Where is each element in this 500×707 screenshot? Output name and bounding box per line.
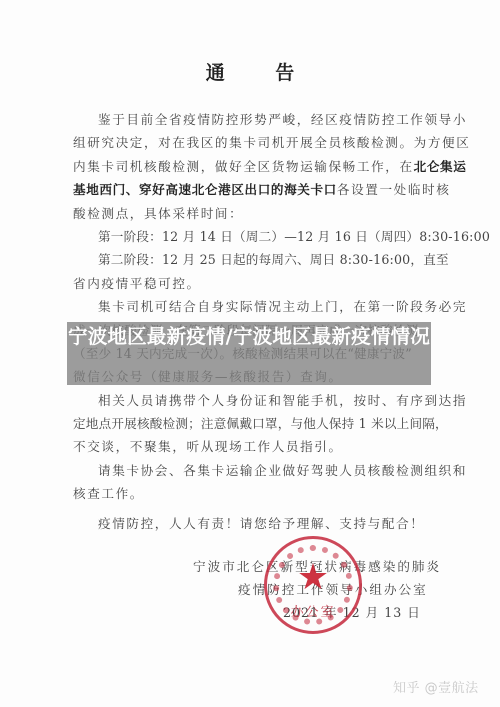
paragraph-line: 省内疫情平稳可控。: [73, 272, 429, 295]
paragraph-line: 基地西门、穿好高速北仑港区出口的海关卡口各设置一处临时核: [73, 178, 429, 201]
paragraph-line: 组研究决定，对在我区的集卡司机开展全员核酸检测。为方便区: [73, 131, 429, 154]
paragraph-line: 相关人员请携带个人身份证和智能手机，按时、有序到达指: [73, 389, 429, 412]
paragraph-line: 酸检测点，具体采样时间：: [73, 202, 429, 225]
paragraph-line: 鉴于目前全省疫情防控形势严峻，经区疫情防控工作领导小: [73, 108, 429, 131]
paragraph-line: 核查工作。: [73, 482, 429, 505]
bold-location-text: 北仑集运: [414, 159, 467, 174]
document-title: 通 告: [0, 58, 500, 85]
seal-text: 办公室: [267, 601, 359, 620]
watermark-text: 知乎 @壹航法: [393, 677, 479, 696]
closing-line: 疫情防控，人人有责！请您给予理解、支持与配合！: [73, 512, 429, 535]
paragraph-text: 各设置一处临时核: [337, 182, 451, 197]
official-seal: ★ 办公室: [264, 536, 362, 634]
paragraph-line: 集卡司机可结合自身实际情况主动上门，在第一阶段务必完: [73, 295, 429, 318]
paragraph-text: 内集卡司机核酸检测，做好全区货物运输保畅工作，在: [73, 159, 414, 174]
bold-location-text: 基地西门、穿好高速北仑港区出口的海关卡口: [73, 182, 337, 197]
paragraph-line: 定地点开展核酸检测；注意佩戴口罩，与他人保持 1 米以上间隔，: [73, 412, 429, 435]
star-icon: ★: [267, 557, 359, 598]
headline-overlay-banner: 宁波地区最新疫情/宁波地区最新疫情情况: [67, 322, 431, 385]
paragraph-line: 内集卡司机核酸检测，做好全区货物运输保畅工作，在北仑集运: [73, 155, 429, 178]
phase-two-schedule: 第二阶段：12 月 25 日起的每周六、周日 8:30-16:00，直至: [73, 248, 429, 271]
paragraph-line: 不交谈，不聚集，听从现场工作人员指引。: [73, 435, 429, 458]
paragraph-line: 请集卡协会、各集卡运输企业做好驾驶人员核酸检测组织和: [73, 459, 429, 482]
headline-text: 宁波地区最新疫情/宁波地区最新疫情情况: [67, 324, 431, 350]
phase-one-schedule: 第一阶段：12 月 14 日（周二）—12 月 16 日（周四）8:30-16:…: [73, 225, 429, 248]
